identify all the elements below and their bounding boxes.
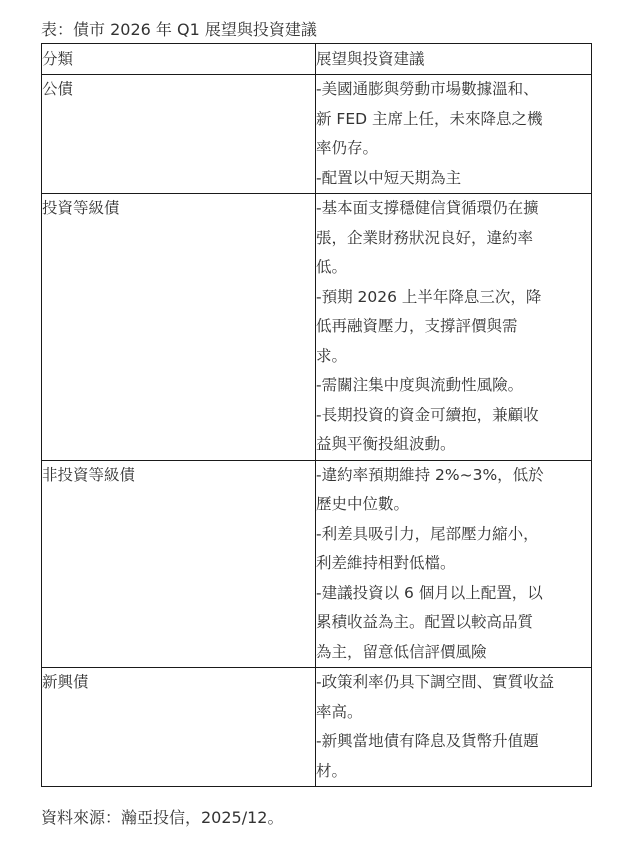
outlook-line: 新 FED 主席上任，未來降息之機 [316,105,591,135]
outlook-line: 率仍存。 [316,134,591,164]
row-outlook: -美國通膨與勞動市場數據溫和、 新 FED 主席上任，未來降息之機 率仍存。 -… [316,75,592,194]
outlook-line: -預期 2026 上半年降息三次，降 [316,283,591,313]
outlook-line: 張，企業財務狀況良好，違約率 [316,224,591,254]
outlook-line: 低。 [316,253,591,283]
outlook-line: 求。 [316,342,591,372]
outlook-line: 益與平衡投組波動。 [316,430,591,460]
row-category: 投資等級債 [42,194,316,461]
row-outlook: -違約率預期維持 2%~3%，低於 歷史中位數。 -利差具吸引力，尾部壓力縮小，… [316,460,592,668]
outlook-line: -長期投資的資金可續抱，兼顧收 [316,401,591,431]
outlook-line: -違約率預期維持 2%~3%，低於 [316,461,591,491]
table-row: 非投資等級債 -違約率預期維持 2%~3%，低於 歷史中位數。 -利差具吸引力，… [42,460,592,668]
outlook-line: -美國通膨與勞動市場數據溫和、 [316,75,591,105]
outlook-line: 為主，留意低信評價風險 [316,638,591,668]
outlook-line: -新興當地債有降息及貨幣升值題 [316,727,591,757]
row-category: 非投資等級債 [42,460,316,668]
header-outlook: 展望與投資建議 [316,44,592,75]
outlook-line: 材。 [316,757,591,787]
outlook-line: -政策利率仍具下調空間、實質收益 [316,668,591,698]
table-row: 新興債 -政策利率仍具下調空間、實質收益 率高。 -新興當地債有降息及貨幣升值題… [42,668,592,787]
row-category: 公債 [42,75,316,194]
outlook-line: 利差維持相對低檔。 [316,549,591,579]
table-header-row: 分類 展望與投資建議 [42,44,592,75]
outlook-line: -利差具吸引力，尾部壓力縮小， [316,520,591,550]
source-note: 資料來源：瀚亞投信，2025/12。 [41,806,283,830]
row-outlook: -基本面支撐穩健信貸循環仍在擴 張，企業財務狀況良好，違約率 低。 -預期 20… [316,194,592,461]
outlook-line: 率高。 [316,698,591,728]
table-row: 投資等級債 -基本面支撐穩健信貸循環仍在擴 張，企業財務狀況良好，違約率 低。 … [42,194,592,461]
outlook-line: 累積收益為主。配置以較高品質 [316,608,591,638]
outlook-line: 低再融資壓力，支撐評價與需 [316,312,591,342]
outlook-line: -基本面支撐穩健信貸循環仍在擴 [316,194,591,224]
header-category: 分類 [42,44,316,75]
table-caption: 表：債市 2026 年 Q1 展望與投資建議 [41,19,317,41]
outlook-line: 歷史中位數。 [316,490,591,520]
row-category: 新興債 [42,668,316,787]
outlook-line: -建議投資以 6 個月以上配置，以 [316,579,591,609]
outlook-line: -配置以中短天期為主 [316,164,591,194]
table-row: 公債 -美國通膨與勞動市場數據溫和、 新 FED 主席上任，未來降息之機 率仍存… [42,75,592,194]
outlook-line: -需關注集中度與流動性風險。 [316,371,591,401]
bond-outlook-table: 分類 展望與投資建議 公債 -美國通膨與勞動市場數據溫和、 新 FED 主席上任… [41,43,592,787]
row-outlook: -政策利率仍具下調空間、實質收益 率高。 -新興當地債有降息及貨幣升值題 材。 [316,668,592,787]
